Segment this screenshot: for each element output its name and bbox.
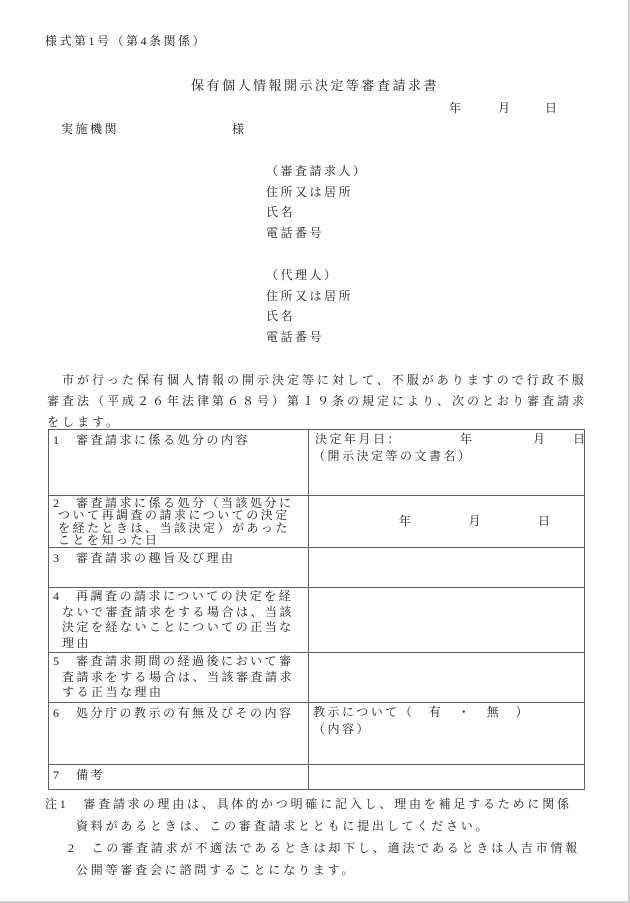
table-row-4: 4 再調査の請求についての決定を経 ないで審査請求をする場合は、当該 決定を経な… <box>49 588 585 653</box>
recipient-honorific: 様 <box>232 120 247 137</box>
row5-value-cell <box>309 653 585 703</box>
notes-section: 注1 審査請求の理由は、具体的かつ明確に記入し、理由を補足するために関係 資料が… <box>0 793 630 881</box>
requester-address-label: 住所又は居所 <box>266 182 368 203</box>
table-row-7: 7 備考 <box>49 765 585 790</box>
table-row-5: 5 審査請求期間の経過後において審 査請求をする場合は、当該審査請求 する正当な… <box>49 653 585 703</box>
recipient-agency-label: 実施機関 <box>61 120 119 137</box>
agent-address-label: 住所又は居所 <box>266 286 353 307</box>
row7-value-cell <box>309 765 585 790</box>
date-month-label: 月 <box>498 99 511 116</box>
note-2-line-1: 2 この審査請求が不適法であるときは却下し、適法であるときは人吉市情報 <box>0 837 630 859</box>
note-1-line-1: 注1 審査請求の理由は、具体的かつ明確に記入し、理由を補足するために関係 <box>0 793 630 815</box>
requester-phone-label: 電話番号 <box>266 223 368 244</box>
table-row-6: 6 処分庁の教示の有無及びその内容 教示について（ 有 ・ 無 ） （内容） <box>49 703 585 765</box>
row3-item-label: 3 審査請求の趣旨及び理由 <box>49 548 309 588</box>
body-paragraph: 市が行った保有個人情報の開示決定等に対して、不服がありますので行政不服 審査法（… <box>47 370 599 433</box>
requester-heading: （審査請求人） <box>266 161 368 182</box>
date-year-label: 年 <box>449 99 462 116</box>
agent-heading: （代理人） <box>266 265 353 286</box>
row1-value-cell: 決定年月日： 年 月 日 （開示決定等の文書名） <box>309 430 585 496</box>
row2-value-cell: 年 月 日 <box>309 496 585 548</box>
agent-phone-label: 電話番号 <box>266 327 353 348</box>
request-table: 1 審査請求に係る処分の内容 決定年月日： 年 月 日 （開示決定等の文書名） … <box>48 429 585 790</box>
row6-item-label: 6 処分庁の教示の有無及びその内容 <box>49 703 309 765</box>
row3-value-cell <box>309 548 585 588</box>
row1-month-label: 月 <box>533 431 548 448</box>
table-row-3: 3 審査請求の趣旨及び理由 <box>49 548 585 588</box>
row2-item-label: 2 審査請求に係る処分（当該処分に ついて再調査の請求についての決定 を経たとき… <box>49 496 309 548</box>
document-page: 様式第1号（第4条関係） 保有個人情報開示決定等審査請求書 年 月 日 実施機関… <box>0 0 630 903</box>
requester-block: （審査請求人） 住所又は居所 氏名 電話番号 <box>266 161 368 243</box>
row5-item-label: 5 審査請求期間の経過後において審 査請求をする場合は、当該審査請求 する正当な… <box>49 653 309 703</box>
row1-day-label: 日 <box>573 431 585 448</box>
row7-item-label: 7 備考 <box>49 765 309 790</box>
decision-date-label: 決定年月日： <box>315 431 402 448</box>
document-name-label: （開示決定等の文書名） <box>313 448 582 465</box>
form-number: 様式第1号（第4条関係） <box>45 32 207 49</box>
date-day-label: 日 <box>545 99 558 116</box>
row2-day-label: 日 <box>538 512 553 529</box>
note-1-line-2: 資料があるときは、この審査請求とともに提出してください。 <box>0 815 630 837</box>
agent-name-label: 氏名 <box>266 306 353 327</box>
row2-month-label: 月 <box>469 512 484 529</box>
row1-year-label: 年 <box>460 431 475 448</box>
guidance-presence-label: 教示について（ 有 ・ 無 ） <box>313 704 582 721</box>
row1-item-label: 1 審査請求に係る処分の内容 <box>49 430 309 496</box>
note-2-line-2: 公開等審査会に諮問することになります。 <box>0 859 630 881</box>
table-row-2: 2 審査請求に係る処分（当該処分に ついて再調査の請求についての決定 を経たとき… <box>49 496 585 548</box>
row4-value-cell <box>309 588 585 653</box>
row6-value-cell: 教示について（ 有 ・ 無 ） （内容） <box>309 703 585 765</box>
requester-name-label: 氏名 <box>266 202 368 223</box>
document-title: 保有個人情報開示決定等審査請求書 <box>0 75 630 94</box>
guidance-content-label: （内容） <box>313 721 582 738</box>
agent-block: （代理人） 住所又は居所 氏名 電話番号 <box>266 265 353 347</box>
row4-item-label: 4 再調査の請求についての決定を経 ないで審査請求をする場合は、当該 決定を経な… <box>49 588 309 653</box>
row2-year-label: 年 <box>399 512 414 529</box>
table-row-1: 1 審査請求に係る処分の内容 決定年月日： 年 月 日 （開示決定等の文書名） <box>49 430 585 496</box>
